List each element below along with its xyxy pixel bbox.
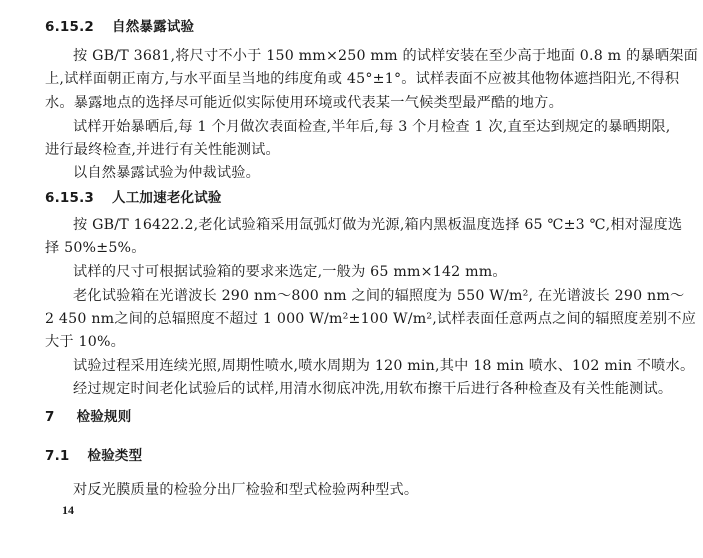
paragraph-line: 经过规定时间老化试验后的试样,用清水彻底冲洗,用软布擦干后进行各种检查及有关性能…	[73, 380, 667, 398]
section-title: 检验规则	[77, 409, 132, 425]
paragraph-line: 试验过程采用连续光照,周期性喷水,喷水周期为 120 min,其中 18 min…	[73, 357, 667, 375]
section-title: 自然暴露试验	[112, 19, 194, 35]
paragraph-line: 按 GB/T 3681,将尺寸不小于 150 mm×250 mm 的试样安装在至…	[73, 47, 667, 65]
section-heading-6-15-2: 6.15.2自然暴露试验	[45, 18, 667, 36]
section-heading-7: 7检验规则	[45, 408, 667, 426]
paragraph-line: 按 GB/T 16422.2,老化试验箱采用氙弧灯做为光源,箱内黑板温度选择 6…	[73, 216, 667, 234]
page-number: 14	[62, 503, 74, 518]
section-heading-6-15-3: 6.15.3人工加速老化试验	[45, 189, 667, 207]
paragraph-line: 以自然暴露试验为仲裁试验。	[73, 164, 667, 182]
section-number: 7.1	[45, 447, 70, 465]
paragraph-line: 水。暴露地点的选择尽可能近似实际使用环境或代表某一气候类型最严酷的地方。	[45, 94, 667, 112]
paragraph-line: 择 50%±5%。	[45, 239, 667, 257]
section-title: 人工加速老化试验	[112, 190, 222, 206]
paragraph-line: 上,试样面朝正南方,与水平面呈当地的纬度角或 45°±1°。试样表面不应被其他物…	[45, 70, 667, 88]
paragraph-line: 试样开始暴晒后,每 1 个月做次表面检查,半年后,每 3 个月检查 1 次,直至…	[73, 118, 667, 136]
paragraph-line: 2 450 nm之间的总辐照度不超过 1 000 W/m²±100 W/m²,试…	[45, 310, 667, 328]
paragraph-line: 试样的尺寸可根据试验箱的要求来选定,一般为 65 mm×142 mm。	[73, 263, 667, 281]
paragraph-line: 进行最终检查,并进行有关性能测试。	[45, 141, 667, 159]
section-heading-7-1: 7.1检验类型	[45, 447, 667, 465]
section-number: 6.15.3	[45, 189, 94, 207]
document-page: 6.15.2自然暴露试验 按 GB/T 3681,将尺寸不小于 150 mm×2…	[0, 0, 703, 558]
section-number: 7	[45, 408, 55, 426]
section-number: 6.15.2	[45, 18, 94, 36]
paragraph-line: 大于 10%。	[45, 333, 667, 351]
paragraph-line: 对反光膜质量的检验分出厂检验和型式检验两种型式。	[73, 481, 667, 499]
paragraph-line: 老化试验箱在光谱波长 290 nm～800 nm 之间的辐照度为 550 W/m…	[73, 287, 667, 305]
section-title: 检验类型	[88, 448, 143, 464]
